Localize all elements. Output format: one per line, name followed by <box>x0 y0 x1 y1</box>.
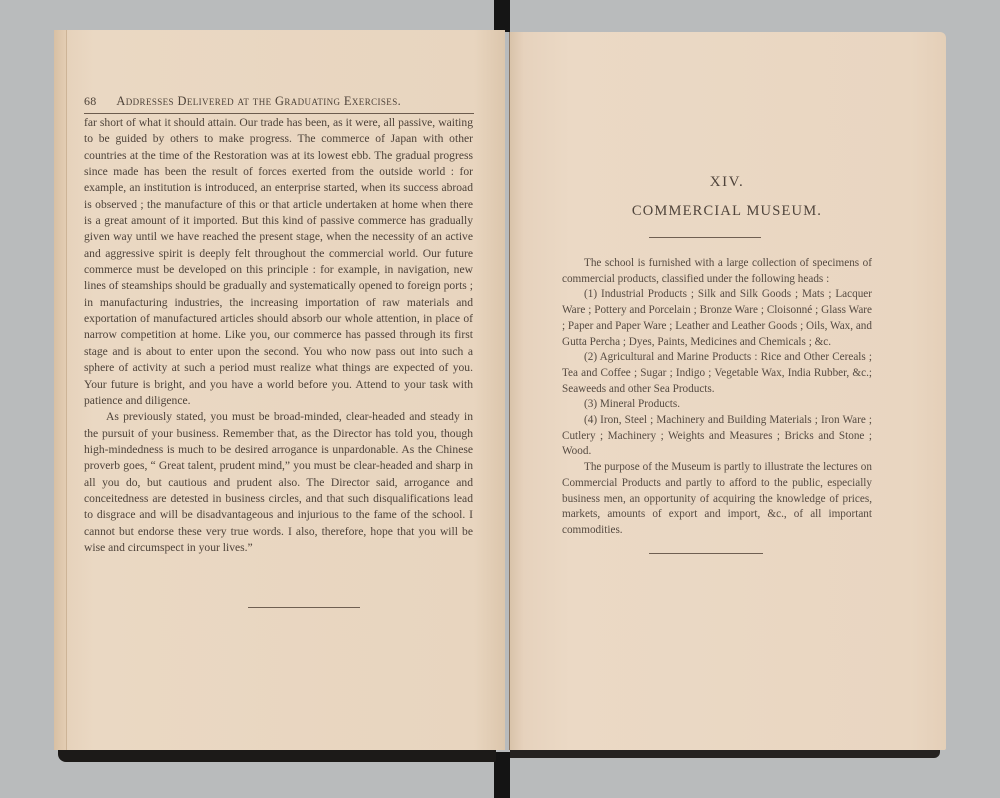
list-item: (3) Mineral Products. <box>562 397 872 413</box>
paragraph: The school is furnished with a large col… <box>562 256 872 287</box>
running-head: 68 Addresses Delivered at the Graduating… <box>84 94 474 114</box>
section-divider <box>649 553 763 554</box>
title-divider <box>649 237 761 238</box>
chapter-title: COMMERCIAL MUSEUM. <box>509 203 945 220</box>
book-cover-edge-left <box>58 748 496 762</box>
book-spine-bottom <box>494 752 510 798</box>
paragraph: far short of what it should attain. Our … <box>84 115 473 409</box>
right-page-body: The school is furnished with a large col… <box>562 256 872 539</box>
book-spine-top <box>494 0 510 32</box>
page-number: 68 <box>84 94 96 109</box>
chapter-number: XIV. <box>509 174 945 191</box>
list-item: (4) Iron, Steel ; Machinery and Building… <box>562 413 872 460</box>
list-item: (2) Agricultural and Marine Products : R… <box>562 350 872 397</box>
running-head-title: Addresses Delivered at the Graduating Ex… <box>116 94 401 109</box>
left-page-body: far short of what it should attain. Our … <box>84 115 473 556</box>
paragraph: As previously stated, you must be broad-… <box>84 409 473 556</box>
list-item: (1) Industrial Products ; Silk and Silk … <box>562 287 872 350</box>
section-divider <box>248 607 360 608</box>
paragraph: The purpose of the Museum is partly to i… <box>562 460 872 539</box>
